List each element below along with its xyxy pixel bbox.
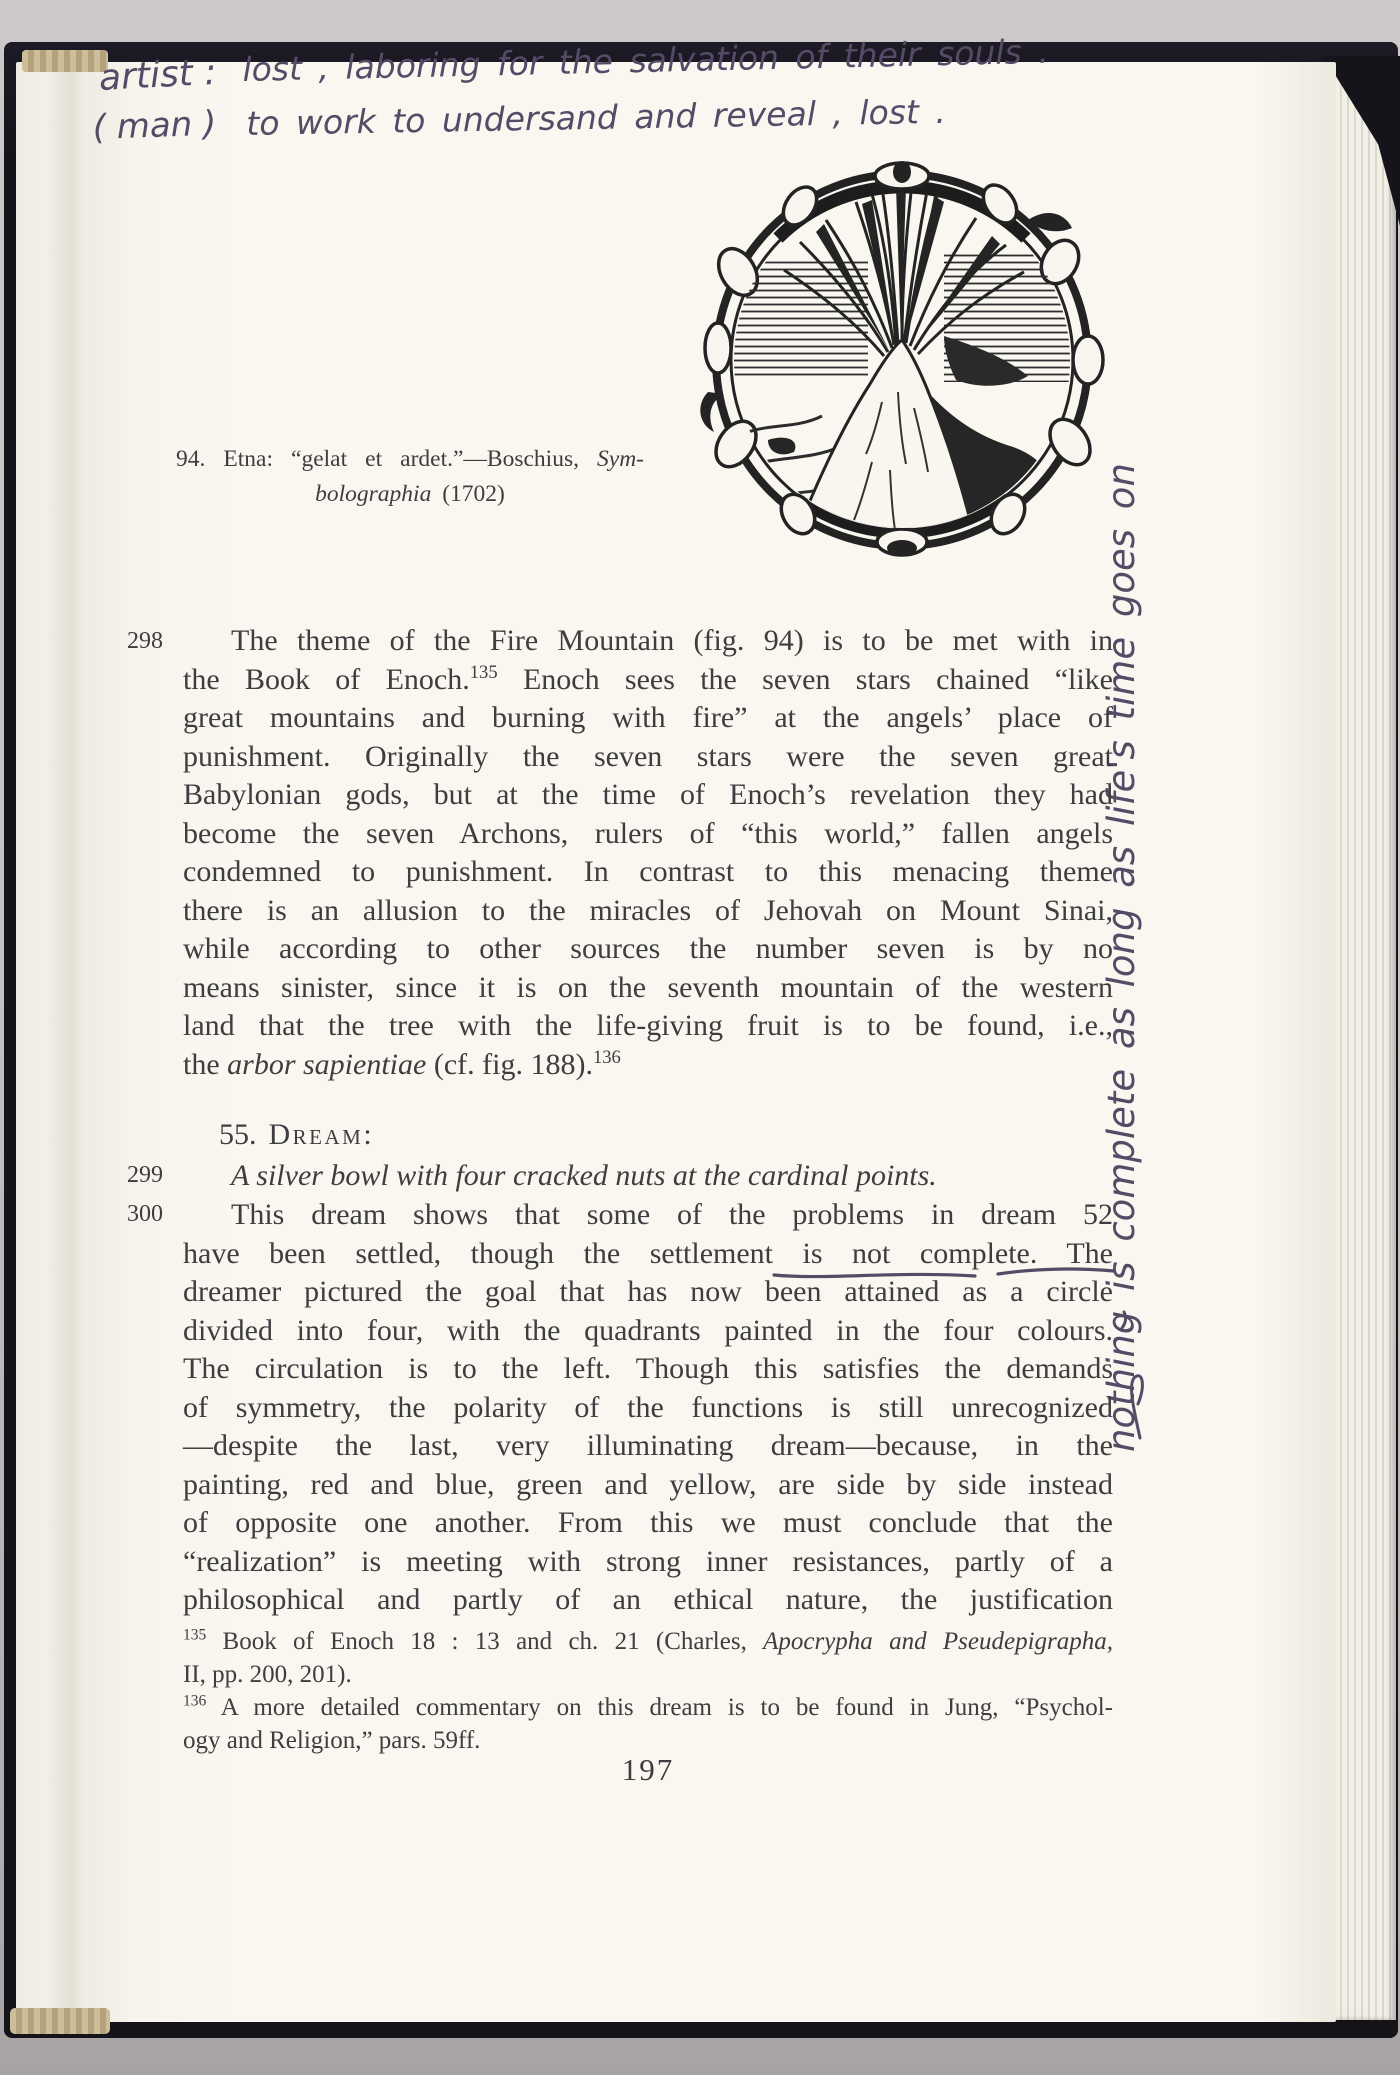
text-line: while according to other sources the num… — [183, 930, 1113, 969]
text-line: The circulation is to the left. Though t… — [183, 1350, 1113, 1389]
margin-number-299: 299 — [127, 1162, 163, 1189]
dream-number: 55. — [219, 1118, 257, 1151]
binding-fabric-bottom — [10, 2008, 110, 2034]
margin-number-298: 298 — [127, 628, 163, 655]
text-line: the Book of Enoch.135 Enoch sees the sev… — [183, 661, 1113, 700]
page-number: 197 — [183, 1752, 1113, 1788]
text-line: of opposite one another. From this we mu… — [183, 1504, 1113, 1543]
text-line: condemned to punishment. In contrast to … — [183, 853, 1113, 892]
text-line: land that the tree with the life-giving … — [183, 1007, 1113, 1046]
text-line: philosophical and partly of an ethical n… — [183, 1581, 1113, 1620]
text-line: Babylonian gods, but at the time of Enoc… — [183, 776, 1113, 815]
text-line: the arbor sapientiae (cf. fig. 188).136 — [183, 1046, 1113, 1085]
text-line: become the seven Archons, rulers of “thi… — [183, 815, 1113, 854]
footnote-135: 135 Book of Enoch 18 : 13 and ch. 21 (Ch… — [183, 1625, 1113, 1691]
text-line: have been settled, though the settlement… — [183, 1235, 1113, 1274]
handwritten-man-label: ( man ) — [92, 104, 217, 148]
footnote-line: 136 A more detailed commentary on this d… — [183, 1691, 1113, 1724]
text-line: there is an allusion to the miracles of … — [183, 892, 1113, 931]
binding-fabric-top — [22, 50, 108, 72]
text-line: dreamer pictured the goal that has now b… — [183, 1273, 1113, 1312]
text-line: This dream shows that some of the proble… — [183, 1196, 1113, 1235]
page-edge-stack — [1328, 62, 1396, 2020]
text-line: —despite the last, very illuminating dre… — [183, 1427, 1113, 1466]
paragraph-300: This dream shows that some of the proble… — [183, 1196, 1113, 1620]
text-line: painting, red and blue, green and yellow… — [183, 1466, 1113, 1505]
text-line: of symmetry, the polarity of the functio… — [183, 1389, 1113, 1428]
etna-engraving-figure — [676, 140, 1128, 588]
text-line: punishment. Originally the seven stars w… — [183, 738, 1113, 777]
footnote-line: II, pp. 200, 201). — [183, 1658, 1113, 1691]
margin-number-300: 300 — [127, 1201, 163, 1228]
dream-section-heading: 55.Dream: — [219, 1118, 374, 1152]
text-line: great mountains and burning with fire” a… — [183, 699, 1113, 738]
text-line: means sinister, since it is on the seven… — [183, 969, 1113, 1008]
dream-title: Dream: — [269, 1118, 375, 1151]
handwritten-artist-label: artist : — [98, 52, 217, 99]
text-line: The theme of the Fire Mountain (fig. 94)… — [183, 622, 1113, 661]
footnote-line: 135 Book of Enoch 18 : 13 and ch. 21 (Ch… — [183, 1625, 1113, 1658]
paragraph-298: The theme of the Fire Mountain (fig. 94)… — [183, 622, 1113, 1084]
figure-caption-line-2: bolographia (1702) — [176, 477, 644, 512]
figure-caption: 94. Etna: “gelat et ardet.”—Boschius, Sy… — [176, 442, 644, 512]
footnote-136: 136 A more detailed commentary on this d… — [183, 1691, 1113, 1757]
text-line: “realization” is meeting with strong inn… — [183, 1543, 1113, 1582]
figure-caption-line-1: 94. Etna: “gelat et ardet.”—Boschius, Sy… — [176, 442, 644, 477]
text-line: divided into four, with the quadrants pa… — [183, 1312, 1113, 1351]
paragraph-299: A silver bowl with four cracked nuts at … — [183, 1157, 1113, 1196]
